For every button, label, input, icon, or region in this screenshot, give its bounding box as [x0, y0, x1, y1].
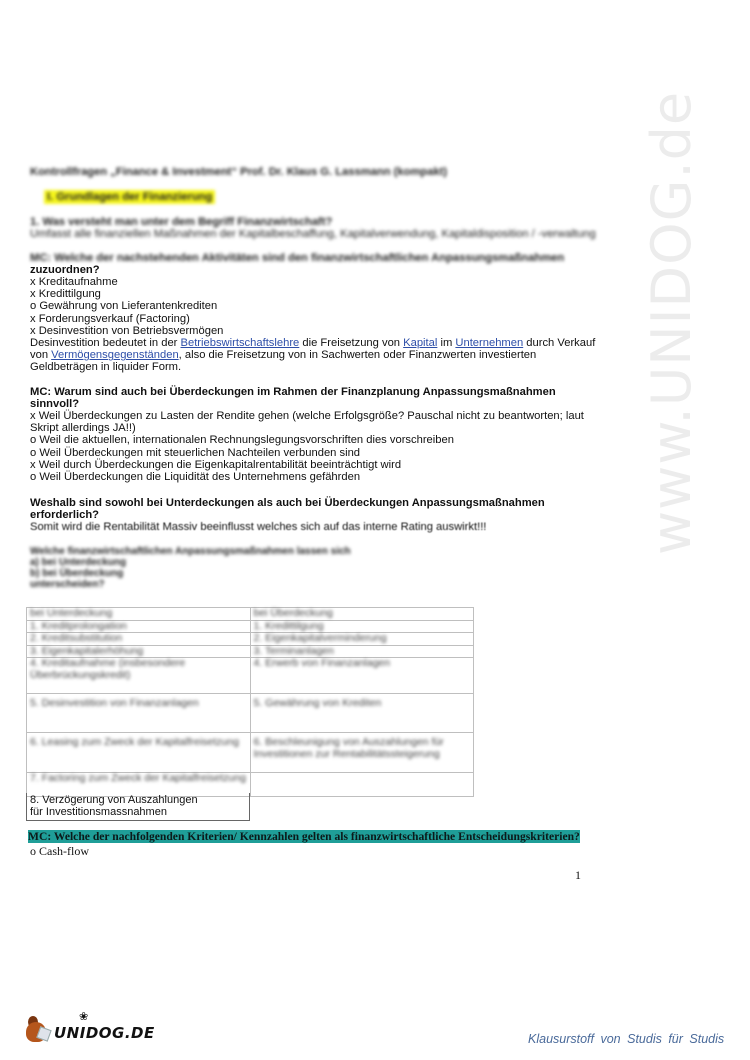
- watermark: www.UNIDOG.de: [640, 91, 703, 555]
- q3-option: x Weil Überdeckungen zu Lasten der Rendi…: [30, 410, 584, 422]
- q6-question: MC: Welche der nachfolgenden Kriterien/ …: [28, 830, 580, 843]
- paw-icon: ❀: [79, 1010, 88, 1023]
- explanation-text: Desinvestition bedeutet in der: [30, 337, 181, 349]
- q2-question-line1: MC: Welche der nachstehenden Aktivitäten…: [30, 252, 564, 264]
- table-cell: 1. Kredittilgung: [250, 620, 474, 633]
- table-header-cell: bei Unterdeckung: [27, 608, 251, 621]
- table-row: 1. Kreditprolongation1. Kredittilgung: [27, 620, 474, 633]
- q3-option: o Weil Überdeckungen mit steuerlichen Na…: [30, 447, 584, 459]
- explanation-text: von: [30, 349, 51, 361]
- table-cell: 4. Kreditaufnahme (insbesondere Überbrüc…: [27, 658, 251, 694]
- link-unternehmen[interactable]: Unternehmen: [455, 337, 523, 349]
- q2-option: x Desinvestition von Betriebsvermögen: [30, 325, 223, 337]
- q3-option: o Weil die aktuellen, internationalen Re…: [30, 434, 584, 446]
- document-title: Kontrollfragen „Finance & Investment“ Pr…: [30, 166, 447, 178]
- page-number: 1: [575, 868, 581, 883]
- link-betriebswirtschaftslehre[interactable]: Betriebswirtschaftslehre: [181, 337, 300, 349]
- q5-line: b) bei Überdeckung: [30, 568, 351, 579]
- q3-option: Skript allerdings JA!!): [30, 422, 584, 434]
- q3-options: x Weil Überdeckungen zu Lasten der Rendi…: [30, 410, 584, 483]
- document-page: www.UNIDOG.de Kontrollfragen „Finance & …: [0, 0, 750, 1060]
- q2-explanation: Desinvestition bedeutet in der Betriebsw…: [30, 337, 590, 374]
- explanation-text: durch Verkauf: [523, 337, 595, 349]
- q5-line: a) bei Unterdeckung: [30, 557, 351, 568]
- q5-line: Welche finanzwirtschaftlichen Anpassungs…: [30, 546, 351, 557]
- q5-line: unterscheiden?: [30, 579, 351, 590]
- explanation-text: , also die Freisetzung von in Sachwerten…: [179, 349, 537, 361]
- table-last-row: 8. Verzögerung von Auszahlungen für Inve…: [26, 793, 250, 821]
- q2-options: x Kreditaufnahme x Kredittilgung o Gewäh…: [30, 276, 223, 337]
- table-row: 2. Kreditsubstitution2. Eigenkapitalverm…: [27, 633, 474, 646]
- q4-question-line1: Weshalb sind sowohl bei Unterdeckungen a…: [30, 497, 545, 509]
- table-cell-text: für Investitionsmassnahmen: [30, 806, 246, 818]
- table-cell: 5. Desinvestition von Finanzanlagen: [27, 693, 251, 733]
- q3-option: x Weil durch Überdeckungen die Eigenkapi…: [30, 459, 584, 471]
- table-cell: 1. Kreditprolongation: [27, 620, 251, 633]
- table-cell: 6. Leasing zum Zweck der Kapitalfreisetz…: [27, 733, 251, 773]
- table-row: 5. Desinvestition von Finanzanlagen5. Ge…: [27, 693, 474, 733]
- table-cell: 6. Beschleunigung von Auszahlungen für I…: [250, 733, 474, 773]
- adjustment-measures-table: bei Unterdeckung bei Überdeckung 1. Kred…: [26, 607, 474, 797]
- dog-mascot-icon: [24, 1014, 50, 1044]
- q6-question-text: MC: Welche der nachfolgenden Kriterien/ …: [28, 830, 580, 843]
- q5-question: Welche finanzwirtschaftlichen Anpassungs…: [30, 546, 351, 590]
- explanation-text: im: [437, 337, 455, 349]
- q2-option: o Gewährung von Lieferantenkrediten: [30, 300, 223, 312]
- q6-option: o Cash-flow: [30, 844, 89, 859]
- section-heading: I. Grundlagen der Finanzierung: [44, 191, 215, 203]
- section-heading-text: I. Grundlagen der Finanzierung: [44, 190, 215, 204]
- table-cell: 5. Gewährung von Krediten: [250, 693, 474, 733]
- explanation-text: Geldbeträgen in liquider Form.: [30, 361, 590, 373]
- logo-text: UNIDOG.DE: [54, 1024, 155, 1042]
- table-cell: 2. Kreditsubstitution: [27, 633, 251, 646]
- table-cell: [250, 772, 474, 796]
- q3-option: o Weil Überdeckungen die Liquidität des …: [30, 471, 584, 483]
- q3-question-line2: sinnvoll?: [30, 398, 79, 410]
- q2-option: x Kreditaufnahme: [30, 276, 223, 288]
- q2-question-line2: zuzuordnen?: [30, 264, 100, 276]
- table-cell: 3. Terminanlagen: [250, 645, 474, 658]
- q4-question-line2: erforderlich?: [30, 509, 99, 521]
- q1-question: 1. Was versteht man unter dem Begriff Fi…: [30, 216, 332, 228]
- table-cell: 2. Eigenkapitalverminderung: [250, 633, 474, 646]
- table-cell-text: 8. Verzögerung von Auszahlungen: [30, 794, 246, 806]
- table-row: 6. Leasing zum Zweck der Kapitalfreisetz…: [27, 733, 474, 773]
- link-vermoegensgegenstaende[interactable]: Vermögensgegenständen: [51, 349, 179, 361]
- q4-answer-text: Somit wird die Rentabilität Massiv beein…: [30, 521, 486, 533]
- table-cell: 3. Eigenkapitalerhöhung: [27, 645, 251, 658]
- q1-answer: Umfasst alle finanziellen Maßnahmen der …: [30, 228, 596, 240]
- footer-tagline: Klausurstoff von Studis für Studis: [528, 1032, 724, 1046]
- table-header-row: bei Unterdeckung bei Überdeckung: [27, 608, 474, 621]
- q4-answer: Somit wird die Rentabilität Massiv beein…: [30, 521, 486, 533]
- table-row: 3. Eigenkapitalerhöhung3. Terminanlagen: [27, 645, 474, 658]
- q2-option: x Kredittilgung: [30, 288, 223, 300]
- table-cell: 4. Erwerb von Finanzanlagen: [250, 658, 474, 694]
- table-header-cell: bei Überdeckung: [250, 608, 474, 621]
- q3-question-line1: MC: Warum sind auch bei Überdeckungen im…: [30, 386, 556, 398]
- unidog-logo[interactable]: ❀ UNIDOG.DE: [24, 1014, 155, 1044]
- q2-option: x Forderungsverkauf (Factoring): [30, 313, 223, 325]
- explanation-text: die Freisetzung von: [299, 337, 403, 349]
- link-kapital[interactable]: Kapital: [403, 337, 437, 349]
- table-row: 4. Kreditaufnahme (insbesondere Überbrüc…: [27, 658, 474, 694]
